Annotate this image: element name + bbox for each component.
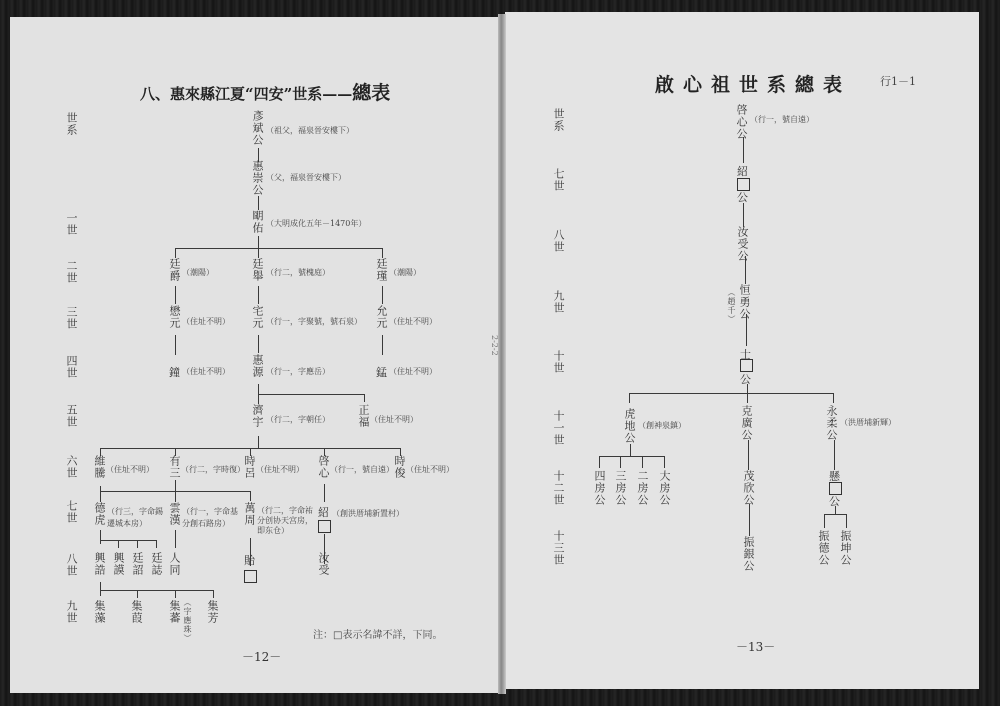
left-title-main: 八、惠來縣江夏“四安”世系—— [140, 85, 352, 103]
person-yi-name: 貽 [244, 552, 255, 568]
left-page-number: －12－ [242, 648, 281, 665]
r-person-sanfang-name: 三房公 [615, 470, 626, 506]
person-dehu-note: （行三，字命錫 遷城本房） [107, 506, 167, 530]
person-wanzhou-note: （行二，字命祐 分创协天宫房，即东仓） [257, 506, 319, 536]
r-gen-label-shixi: 世系 [553, 108, 567, 132]
person-tingjin-note: （潮陽） [389, 267, 421, 278]
person-dehu-name: 德虎 [94, 502, 105, 526]
person-tingjue-note: （潮陽） [182, 267, 214, 278]
r-gen-label-12: 十二世 [553, 470, 567, 506]
person-mingyou-name: 朙佑 [252, 210, 263, 234]
r-person-yongrou-name: 永柔公 [826, 405, 837, 441]
person-shijun-name: 時俊 [394, 455, 405, 479]
gen-label-5: 五世 [66, 404, 80, 428]
r-person-maoxin-name: 茂欣公 [743, 470, 754, 506]
r-person-dafang-name: 大房公 [659, 470, 670, 506]
r-person-keguang-name: 克廣公 [741, 405, 752, 441]
person-yousan-name: 有三 [169, 455, 180, 479]
gen-label-1: 一世 [66, 212, 80, 236]
unknown-name-box [318, 520, 331, 533]
r-gen-label-13: 十三世 [553, 530, 567, 566]
person-xingmo-name: 興謨 [113, 552, 124, 576]
gen-label-3: 三世 [66, 306, 80, 330]
person-yunhan-note: （行一，字命基 分創石路房） [182, 506, 242, 530]
person-yunyuan-note: （住址不明） [389, 316, 437, 327]
r-gen-label-10: 十世 [553, 350, 567, 374]
spine-mark: 2-2-2 [490, 335, 499, 356]
person-zhaiyuan-note: （行一，字聚號，號石泉） [266, 316, 362, 327]
person-yunyuan-name: 允元 [376, 305, 387, 329]
person-shilu-name: 時呂 [244, 455, 255, 479]
person-huiyuan-name: 惠源 [252, 354, 263, 378]
r-person-sifang-name: 四房公 [594, 470, 605, 506]
person-weiteng-note: （住址不明） [106, 464, 154, 475]
person-zhong-name: 鐘 [169, 364, 180, 380]
left-page-title: 八、惠來縣江夏“四安”世系——總表 [140, 78, 390, 105]
person-meng-note: （住址不明） [389, 366, 437, 377]
gen-label-9: 九世 [66, 600, 80, 624]
right-page-number: －13－ [736, 638, 775, 655]
person-tingzhao-name: 廷詔 [132, 552, 143, 576]
person-shijun-note: （住址不明） [406, 464, 454, 475]
r-person-zhenyin-name: 振銀公 [743, 536, 754, 572]
person-shao-name: 紹 [318, 504, 329, 520]
person-shiyuan-name: 懋元 [169, 305, 180, 329]
person-xinggao-name: 興誥 [94, 552, 105, 576]
person-zhong-note: （住址不明） [182, 366, 230, 377]
right-page-title: 啟心祖世系總表 [655, 70, 851, 97]
r-person-yongrou-note: （洪厝埔新輝） [840, 417, 896, 428]
person-yanzhi-name: 彥斌公 [252, 110, 263, 146]
person-jifan-name: 集蕃 [169, 600, 180, 624]
person-tingjin-name: 廷瑾 [376, 258, 387, 282]
left-footnote: 注：□表示名諱不詳，下同。 [313, 626, 442, 641]
person-jifang-name: 集芳 [207, 600, 218, 624]
person-yousan-note: （行二，字時復） [181, 464, 245, 475]
r-person-qixin-note: （行一，號自遠） [750, 114, 814, 125]
person-mingyou-note: （大明成化五年－1470年） [266, 218, 366, 229]
person-qixin-name: 啓心 [318, 455, 329, 479]
gen-label-4: 四世 [66, 355, 80, 379]
person-yunhan-name: 雲漢 [169, 502, 180, 526]
r-gen-label-11: 十一世 [553, 410, 567, 446]
r-gen-label-8: 八世 [553, 229, 567, 253]
person-tingju-name: 廷舉 [252, 258, 263, 282]
book-spine [498, 14, 506, 694]
r-gen-label-9: 九世 [553, 290, 567, 314]
r-person-hudi-note: （創神泉鎮） [638, 420, 686, 431]
person-yanzhi-note: （祖父，福泉晉安樓下） [266, 125, 354, 136]
r-person-erfang-name: 二房公 [637, 470, 648, 506]
r-person-shi-bottom: 公 [740, 371, 751, 387]
r-person-hengyong-name: 恒勇公 [739, 284, 750, 320]
gen-label-8: 八世 [66, 553, 80, 577]
gen-label-7: 七世 [66, 500, 80, 524]
gen-label-6: 六世 [66, 455, 80, 479]
person-jiyu-name: 濟宇 [252, 404, 263, 428]
person-zhaiyuan-name: 宅元 [252, 305, 263, 329]
left-title-emph: 總表 [352, 82, 390, 104]
person-zhengfu-name: 正福 [358, 404, 369, 428]
person-huizong-note: （父，福泉晉安樓下） [266, 172, 346, 183]
person-jizao-name: 集藻 [94, 600, 105, 624]
person-weiteng-name: 維騰 [94, 455, 105, 479]
r-person-hudi-name: 虎地公 [624, 408, 635, 444]
person-jiyu-note: （行二，字朝任） [266, 414, 330, 425]
person-rushou-name: 汝受 [318, 552, 329, 576]
r-person-qixin-name: 啓心公 [736, 104, 747, 140]
unknown-name-box [244, 570, 257, 583]
person-meng-name: 錳 [376, 364, 387, 380]
right-page-code: 行1－1 [880, 73, 916, 89]
person-shilu-note: （住址不明） [256, 464, 304, 475]
r-person-hengyong-note: （趙千） [727, 288, 735, 324]
person-huiyuan-note: （行一，字應岳） [266, 366, 330, 377]
person-tingju-note: （行二，號槐庭） [266, 267, 330, 278]
r-gen-label-7: 七世 [553, 168, 567, 192]
person-tingzhi-name: 廷誌 [151, 552, 162, 576]
r-person-zhenkun-name: 振坤公 [840, 530, 851, 566]
person-huizong-name: 惠崇公 [252, 160, 263, 196]
r-person-zhende-name: 振德公 [818, 530, 829, 566]
person-wanzhou-name: 萬周 [244, 502, 255, 526]
gen-label-shixi: 世系 [66, 112, 80, 136]
person-zhengfu-note: （住址不明） [370, 414, 418, 425]
r-person-rushou-name: 汝受公 [737, 226, 748, 262]
person-qixin-note: （行一，號自遠） [330, 464, 394, 475]
person-tingjue-name: 廷爵 [169, 258, 180, 282]
r-person-shao-top: 紹 [737, 163, 748, 179]
person-rentong-name: 人同 [169, 552, 180, 576]
person-shiyuan-note: （住址不明） [182, 316, 230, 327]
gen-label-2: 二世 [66, 260, 80, 284]
person-shao-note: （創洪厝埔新置村） [332, 508, 404, 519]
person-jifa-name: 集葭 [131, 600, 142, 624]
person-jifan-note: （字應珠） [183, 598, 191, 643]
